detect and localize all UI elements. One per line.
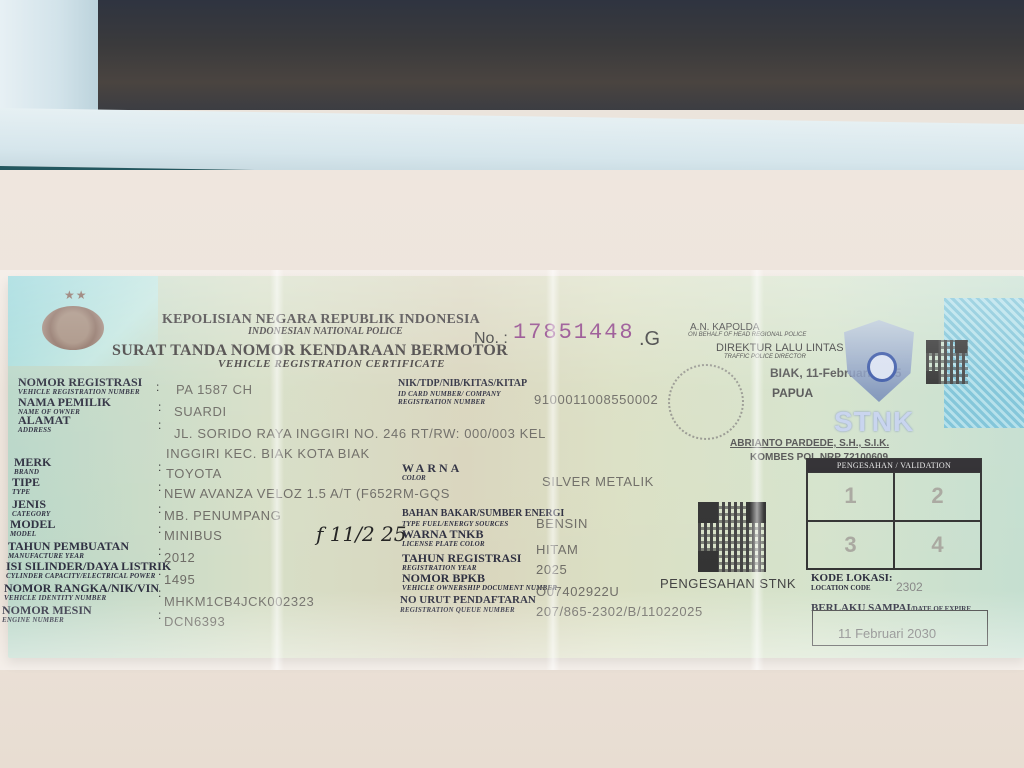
- window-glass-background: [0, 0, 1024, 110]
- plastic-sleeve: [0, 270, 1024, 670]
- stnk-document: ★★ KEPOLISIAN NEGARA REPUBLIK INDONESIA …: [8, 270, 1024, 670]
